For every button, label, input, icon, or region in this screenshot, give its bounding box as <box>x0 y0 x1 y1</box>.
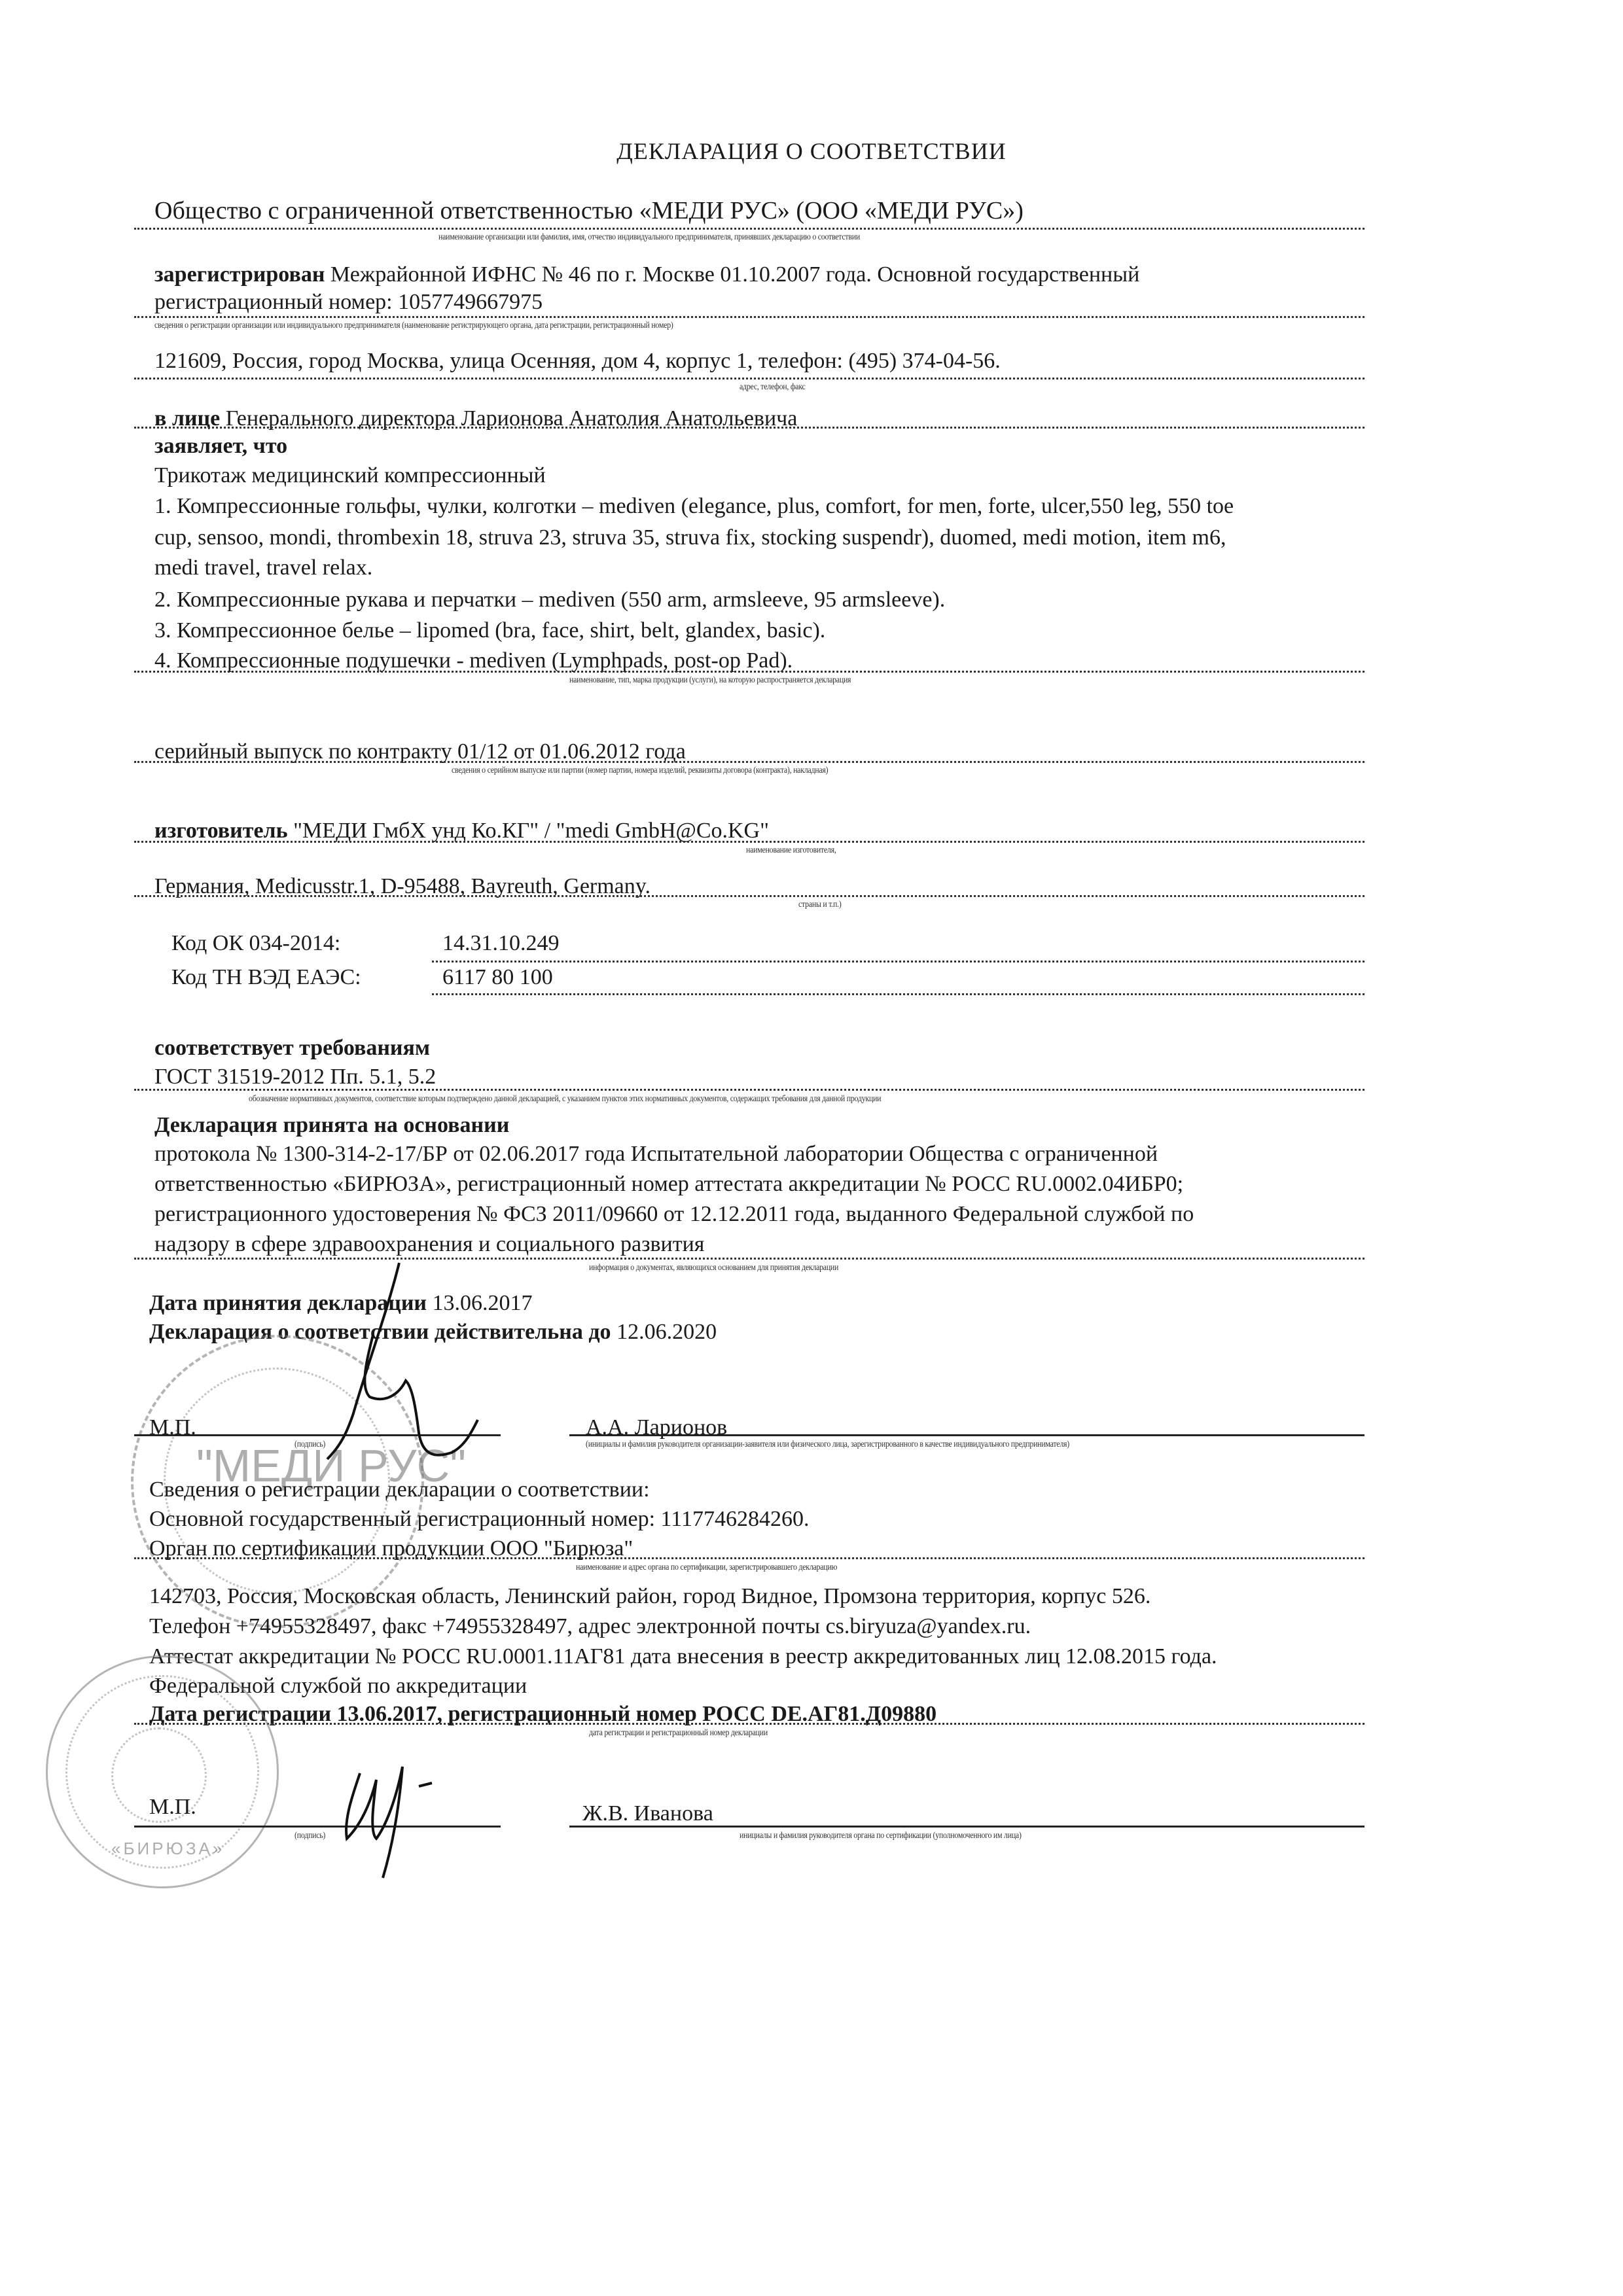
certification-stamp-text: «БИРЮЗА» <box>111 1839 224 1859</box>
signer-name-caption-2: инициалы и фамилия руководителя органа п… <box>740 1831 1022 1841</box>
applicant-address: 121609, Россия, город Москва, улица Осен… <box>154 347 1001 376</box>
product-item-line: 3. Компрессионное белье – lipomed (bra, … <box>154 616 825 645</box>
certification-body-address: 142703, Россия, Московская область, Лени… <box>149 1582 1150 1611</box>
applicant-name: Общество с ограниченной ответственностью… <box>154 196 1024 225</box>
signer-name-caption-1: (инициалы и фамилия руководителя организ… <box>586 1439 1069 1450</box>
basis-line: протокола № 1300-314-2-17/БР от 02.06.20… <box>154 1140 1158 1169</box>
basis-label: Декларация принята на основании <box>154 1111 509 1140</box>
code-tnved-underline <box>432 993 1364 995</box>
product-caption: наименование, тип, марка продукции (услу… <box>569 675 851 686</box>
registration-label: зарегистрирован <box>154 262 325 287</box>
manufacturer-caption: наименование изготовителя, <box>746 845 836 856</box>
product-item-line: 2. Компрессионные рукава и перчатки – me… <box>154 586 945 614</box>
product-item-line: cup, sensoo, mondi, thrombexin 18, struv… <box>154 523 1226 552</box>
address-underline <box>134 378 1364 380</box>
signer-name-2: Ж.В. Иванова <box>582 1799 713 1828</box>
registration-line-1: зарегистрирован Межрайонной ИФНС № 46 по… <box>154 260 1139 289</box>
registration-caption: сведения о регистрации организации или и… <box>154 321 673 331</box>
declaration-page: ДЕКЛАРАЦИЯ О СООТВЕТСТВИИ Общество с огр… <box>0 0 1623 2296</box>
product-item-line: 1. Компрессионные гольфы, чулки, колготк… <box>154 492 1234 521</box>
product-heading: Трикотаж медицинский компрессионный <box>154 461 546 490</box>
code-ok-underline <box>432 961 1364 963</box>
manufacturer-address-caption: страны и т.п.) <box>798 900 842 910</box>
code-tnved-value: 6117 80 100 <box>442 963 553 992</box>
registration-date-underline <box>134 1723 1364 1725</box>
certification-body-contacts: Телефон +74955328497, факс +74955328497,… <box>149 1612 1031 1641</box>
code-ok-value: 14.31.10.249 <box>442 929 560 958</box>
applicant-name-underline <box>134 228 1364 230</box>
basis-line: регистрационного удостоверения № ФСЗ 201… <box>154 1200 1194 1229</box>
valid-until-date: 12.06.2020 <box>616 1320 717 1344</box>
conformity-caption: обозначение нормативных документов, соот… <box>249 1094 881 1104</box>
certification-body-caption: наименование и адрес органа по сертифика… <box>576 1563 837 1573</box>
conformity-standard: ГОСТ 31519-2012 Пп. 5.1, 5.2 <box>154 1063 436 1091</box>
registration-heading: Сведения о регистрации декларации о соот… <box>149 1475 650 1504</box>
represented-underline <box>134 427 1364 429</box>
signer-name-line-1 <box>569 1434 1364 1436</box>
registration-line-2: регистрационный номер: 1057749667975 <box>154 288 543 317</box>
code-tnved-label: Код ТН ВЭД ЕАЭС: <box>171 963 361 992</box>
signature-ivanova <box>334 1754 465 1884</box>
address-caption: адрес, телефон, факс <box>740 382 806 393</box>
signer-name-1: А.А. Ларионов <box>586 1413 727 1442</box>
product-underline <box>134 671 1364 673</box>
manufacturer-underline <box>134 841 1364 843</box>
signature-caption-2: (подпись) <box>294 1831 325 1841</box>
signer-name-line-2 <box>569 1826 1364 1828</box>
conformity-label: соответствует требованиям <box>154 1034 430 1063</box>
accreditation-line: Аттестат аккредитации № РОСС RU.0001.11А… <box>149 1642 1217 1671</box>
product-item-line: medi travel, travel relax. <box>154 554 372 582</box>
basis-underline <box>134 1258 1364 1260</box>
conformity-underline <box>134 1089 1364 1091</box>
registration-underline <box>134 316 1364 318</box>
declares-label: заявляет, что <box>154 432 287 461</box>
mp-label-1: М.П. <box>149 1413 196 1442</box>
registration-text: Межрайонной ИФНС № 46 по г. Москве 01.10… <box>330 262 1139 287</box>
represented-line: в лице Генерального директора Ларионова … <box>154 404 797 433</box>
manufacturer-label: изготовитель <box>154 819 288 843</box>
registration-date-caption: дата регистрации и регистрационный номер… <box>589 1728 768 1739</box>
basis-caption: информация о документах, являющихся осно… <box>589 1263 838 1273</box>
basis-line: надзору в сфере здравоохранения и социал… <box>154 1230 704 1259</box>
signature-larionov <box>301 1263 497 1459</box>
document-title: ДЕКЛАРАЦИЯ О СООТВЕТСТВИИ <box>0 137 1623 165</box>
manufacturer-name: "МЕДИ ГмбХ унд Ко.КГ" / "medi GmbH@Co.KG… <box>293 819 769 843</box>
serial-underline <box>134 761 1364 763</box>
basis-line: ответственностью «БИРЮЗА», регистрационн… <box>154 1170 1183 1199</box>
mp-label-2: М.П. <box>149 1793 196 1822</box>
applicant-name-caption: наименование организации или фамилия, им… <box>438 232 860 243</box>
code-ok-label: Код ОК 034-2014: <box>171 929 340 958</box>
serial-caption: сведения о серийном выпуске или партии (… <box>452 766 828 776</box>
manufacturer-address-underline <box>134 895 1364 897</box>
registration-ogrn: Основной государственный регистрационный… <box>149 1505 810 1534</box>
certification-body-underline <box>134 1557 1364 1559</box>
